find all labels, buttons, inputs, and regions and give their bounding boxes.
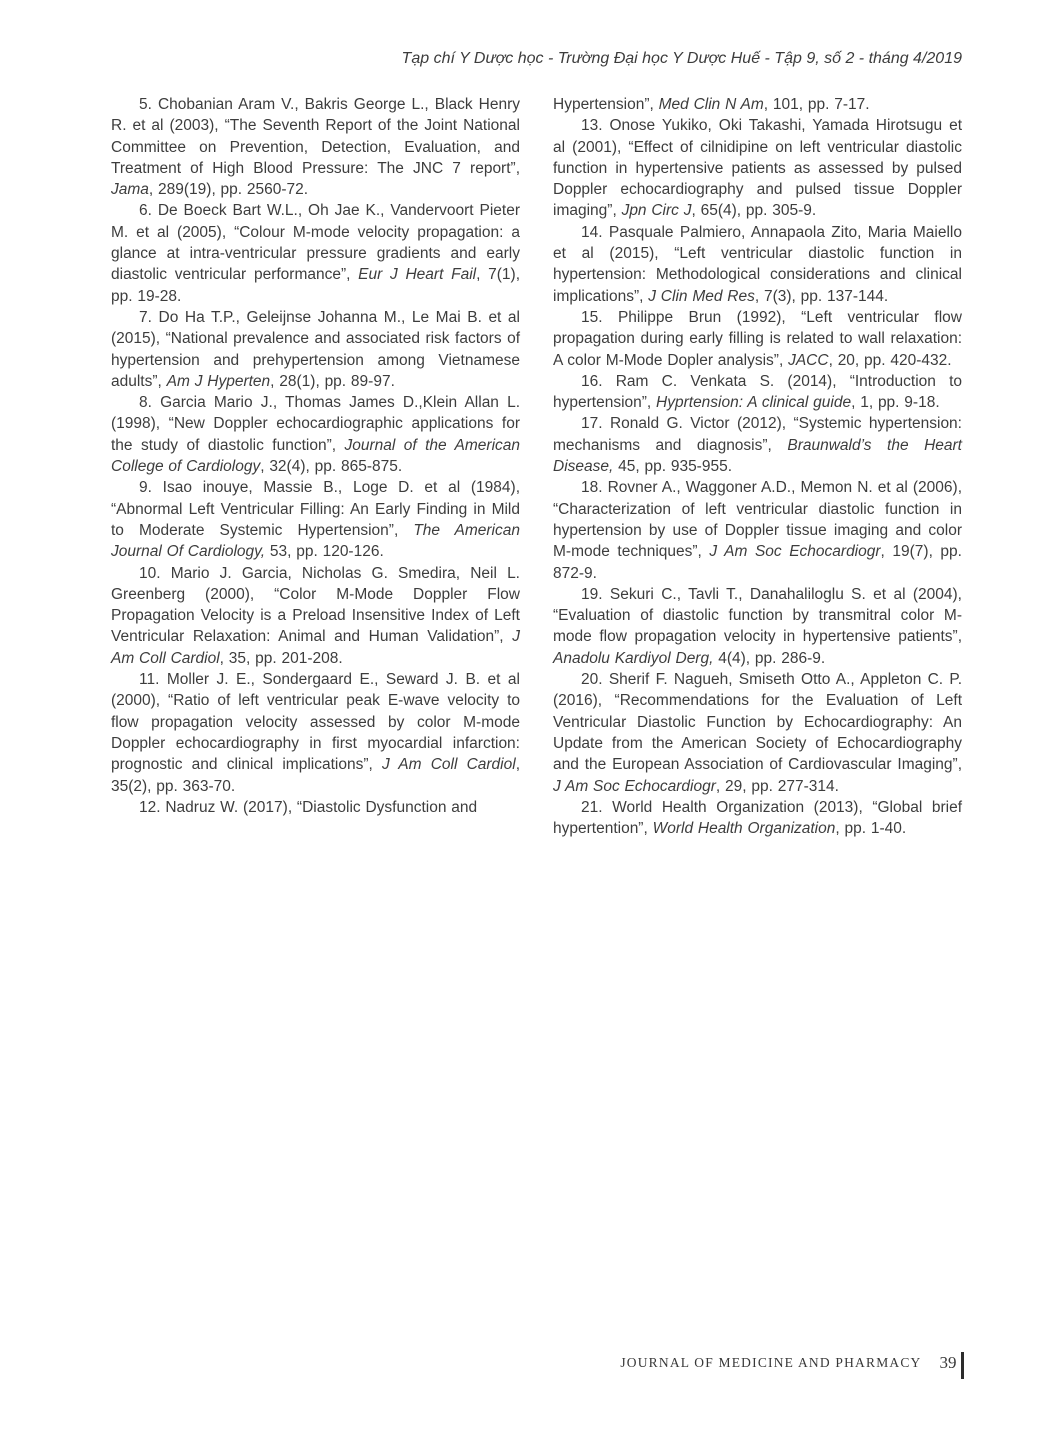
footer-divider-bar	[961, 1352, 965, 1379]
journal-header-text: Tạp chí Y Dược học - Trường Đại học Y Dư…	[402, 50, 962, 67]
reference-item: 6. De Boeck Bart W.L., Oh Jae K., Vander…	[111, 200, 520, 306]
page-header: Tạp chí Y Dược học - Trường Đại học Y Dư…	[96, 50, 962, 68]
reference-item: 20. Sherif F. Nagueh, Smiseth Otto A., A…	[553, 669, 962, 797]
reference-item: 14. Pasquale Palmiero, Annapaola Zito, M…	[553, 222, 962, 307]
reference-item: 17. Ronald G. Victor (2012), “Systemic h…	[553, 413, 962, 477]
reference-item: 10. Mario J. Garcia, Nicholas G. Smedira…	[111, 563, 520, 669]
reference-item: 12. Nadruz W. (2017), “Diastolic Dysfunc…	[111, 797, 520, 818]
page-footer: JOURNAL OF MEDICINE AND PHARMACY 39	[620, 1352, 964, 1374]
references-column-left: 5. Chobanian Aram V., Bakris George L., …	[111, 94, 520, 839]
references-column-right: Hypertension”, Med Clin N Am, 101, pp. 7…	[553, 94, 962, 839]
journal-page: Tạp chí Y Dược học - Trường Đại học Y Dư…	[0, 0, 1058, 1455]
reference-item: 13. Onose Yukiko, Oki Takashi, Yamada Hi…	[553, 115, 962, 221]
reference-item: 5. Chobanian Aram V., Bakris George L., …	[111, 94, 520, 200]
reference-item: 7. Do Ha T.P., Geleijnse Johanna M., Le …	[111, 307, 520, 392]
references-section: 5. Chobanian Aram V., Bakris George L., …	[111, 94, 962, 839]
reference-item: 21. World Health Organization (2013), “G…	[553, 797, 962, 840]
reference-item: Hypertension”, Med Clin N Am, 101, pp. 7…	[553, 94, 962, 115]
reference-item: 9. Isao inouye, Massie B., Loge D. et al…	[111, 477, 520, 562]
reference-item: 16. Ram C. Venkata S. (2014), “Introduct…	[553, 371, 962, 414]
footer-journal-name: JOURNAL OF MEDICINE AND PHARMACY	[620, 1355, 921, 1371]
reference-item: 19. Sekuri C., Tavli T., Danahaliloglu S…	[553, 584, 962, 669]
reference-item: 8. Garcia Mario J., Thomas James D.,Klei…	[111, 392, 520, 477]
reference-item: 11. Moller J. E., Sondergaard E., Seward…	[111, 669, 520, 797]
reference-item: 15. Philippe Brun (1992), “Left ventricu…	[553, 307, 962, 371]
reference-item: 18. Rovner A., Waggoner A.D., Memon N. e…	[553, 477, 962, 583]
footer-page-number: 39	[940, 1353, 957, 1373]
